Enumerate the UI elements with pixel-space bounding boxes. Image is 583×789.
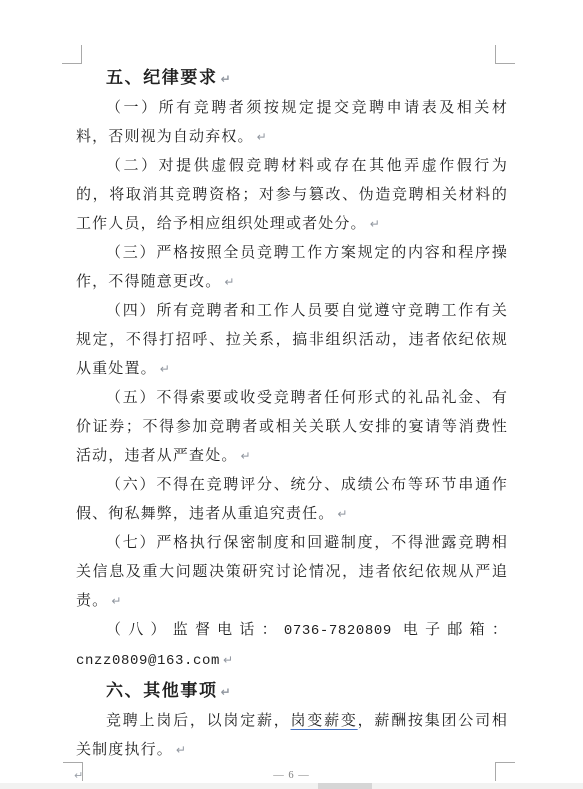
paragraph-mark-icon: ↵ — [221, 685, 231, 699]
section-heading: 六、其他事项↵ — [76, 676, 508, 707]
text-run: 五、纪律要求 — [106, 68, 218, 87]
paragraph: 竞聘上岗后，以岗定薪，岗变薪变，薪酬按集团公司相关制度执行。↵ — [76, 707, 508, 765]
text-run: 六、其他事项 — [106, 681, 218, 700]
document-body: 五、纪律要求↵（一）所有竞聘者须按规定提交竞聘申请表及相关材料，否则视为自动弃权… — [76, 63, 508, 765]
paragraph-mark-icon: ↵ — [111, 594, 121, 608]
horizontal-scrollbar[interactable] — [0, 783, 583, 789]
text-run: （五）不得索要或收受竞聘者任何形式的礼品礼金、有价证券；不得参加竞聘者或相关关联… — [76, 390, 508, 464]
paragraph: （三）严格按照全员竞聘工作方案规定的内容和程序操作，不得随意更改。↵ — [76, 239, 508, 297]
text-run: （六）不得在竞聘评分、统分、成绩公布等环节串通作假、徇私舞弊，违者从重追究责任。 — [76, 477, 508, 522]
paragraph-mark-icon: ↵ — [241, 449, 251, 463]
text-boundary-mark-top-left — [62, 45, 82, 64]
text-run: （四）所有竞聘者和工作人员要自觉遵守竞聘工作有关规定，不得打招呼、拉关系，搞非组… — [76, 303, 508, 377]
text-run: （二）对提供虚假竞聘材料或存在其他弄虚作假行为的，将取消其竞聘资格；对参与篡改、… — [76, 158, 508, 232]
text-run: 电子邮箱： — [392, 622, 508, 638]
paragraph-mark-icon: ↵ — [257, 130, 267, 144]
section-heading: 五、纪律要求↵ — [76, 63, 508, 94]
paragraph-mark-icon: ↵ — [221, 72, 231, 86]
text-run: cnzz0809@163.com — [76, 653, 220, 669]
text-run: （三）严格按照全员竞聘工作方案规定的内容和程序操作，不得随意更改。 — [76, 245, 508, 290]
paragraph-mark-icon: ↵ — [176, 743, 186, 757]
text-run: （八）监督电话： — [106, 622, 284, 638]
paragraph: （四）所有竞聘者和工作人员要自觉遵守竞聘工作有关规定，不得打招呼、拉关系，搞非组… — [76, 297, 508, 384]
text-run: 竞聘上岗后，以岗定薪， — [106, 713, 291, 729]
paragraph-mark-icon: ↵ — [370, 217, 380, 231]
text-run: 0736-7820809 — [284, 623, 392, 639]
paragraph: （一）所有竞聘者须按规定提交竞聘申请表及相关材料，否则视为自动弃权。↵ — [76, 94, 508, 152]
document-page: 五、纪律要求↵（一）所有竞聘者须按规定提交竞聘申请表及相关材料，否则视为自动弃权… — [0, 0, 583, 789]
text-boundary-mark-top-right — [495, 45, 515, 64]
text-run: （七）严格执行保密制度和回避制度，不得泄露竞聘相关信息及重大问题决策研究讨论情况… — [76, 535, 508, 609]
paragraph: （五）不得索要或收受竞聘者任何形式的礼品礼金、有价证券；不得参加竞聘者或相关关联… — [76, 384, 508, 471]
paragraph: （八）监督电话：0736-7820809 电子邮箱：cnzz0809@163.c… — [76, 616, 508, 676]
paragraph-mark-icon: ↵ — [160, 362, 170, 376]
grammar-flagged-text: 岗变薪变 — [291, 713, 358, 729]
horizontal-scrollbar-thumb[interactable] — [318, 783, 372, 789]
text-run: （一）所有竞聘者须按规定提交竞聘申请表及相关材料，否则视为自动弃权。 — [76, 100, 508, 145]
page-number: — 6 — — [0, 770, 583, 781]
paragraph-mark-icon: ↵ — [224, 275, 234, 289]
paragraph-mark-icon: ↵ — [337, 507, 347, 521]
paragraph-mark-icon: ↵ — [223, 653, 233, 667]
paragraph: （二）对提供虚假竞聘材料或存在其他弄虚作假行为的，将取消其竞聘资格；对参与篡改、… — [76, 152, 508, 239]
paragraph: （六）不得在竞聘评分、统分、成绩公布等环节串通作假、徇私舞弊，违者从重追究责任。… — [76, 471, 508, 529]
paragraph: （七）严格执行保密制度和回避制度，不得泄露竞聘相关信息及重大问题决策研究讨论情况… — [76, 529, 508, 616]
